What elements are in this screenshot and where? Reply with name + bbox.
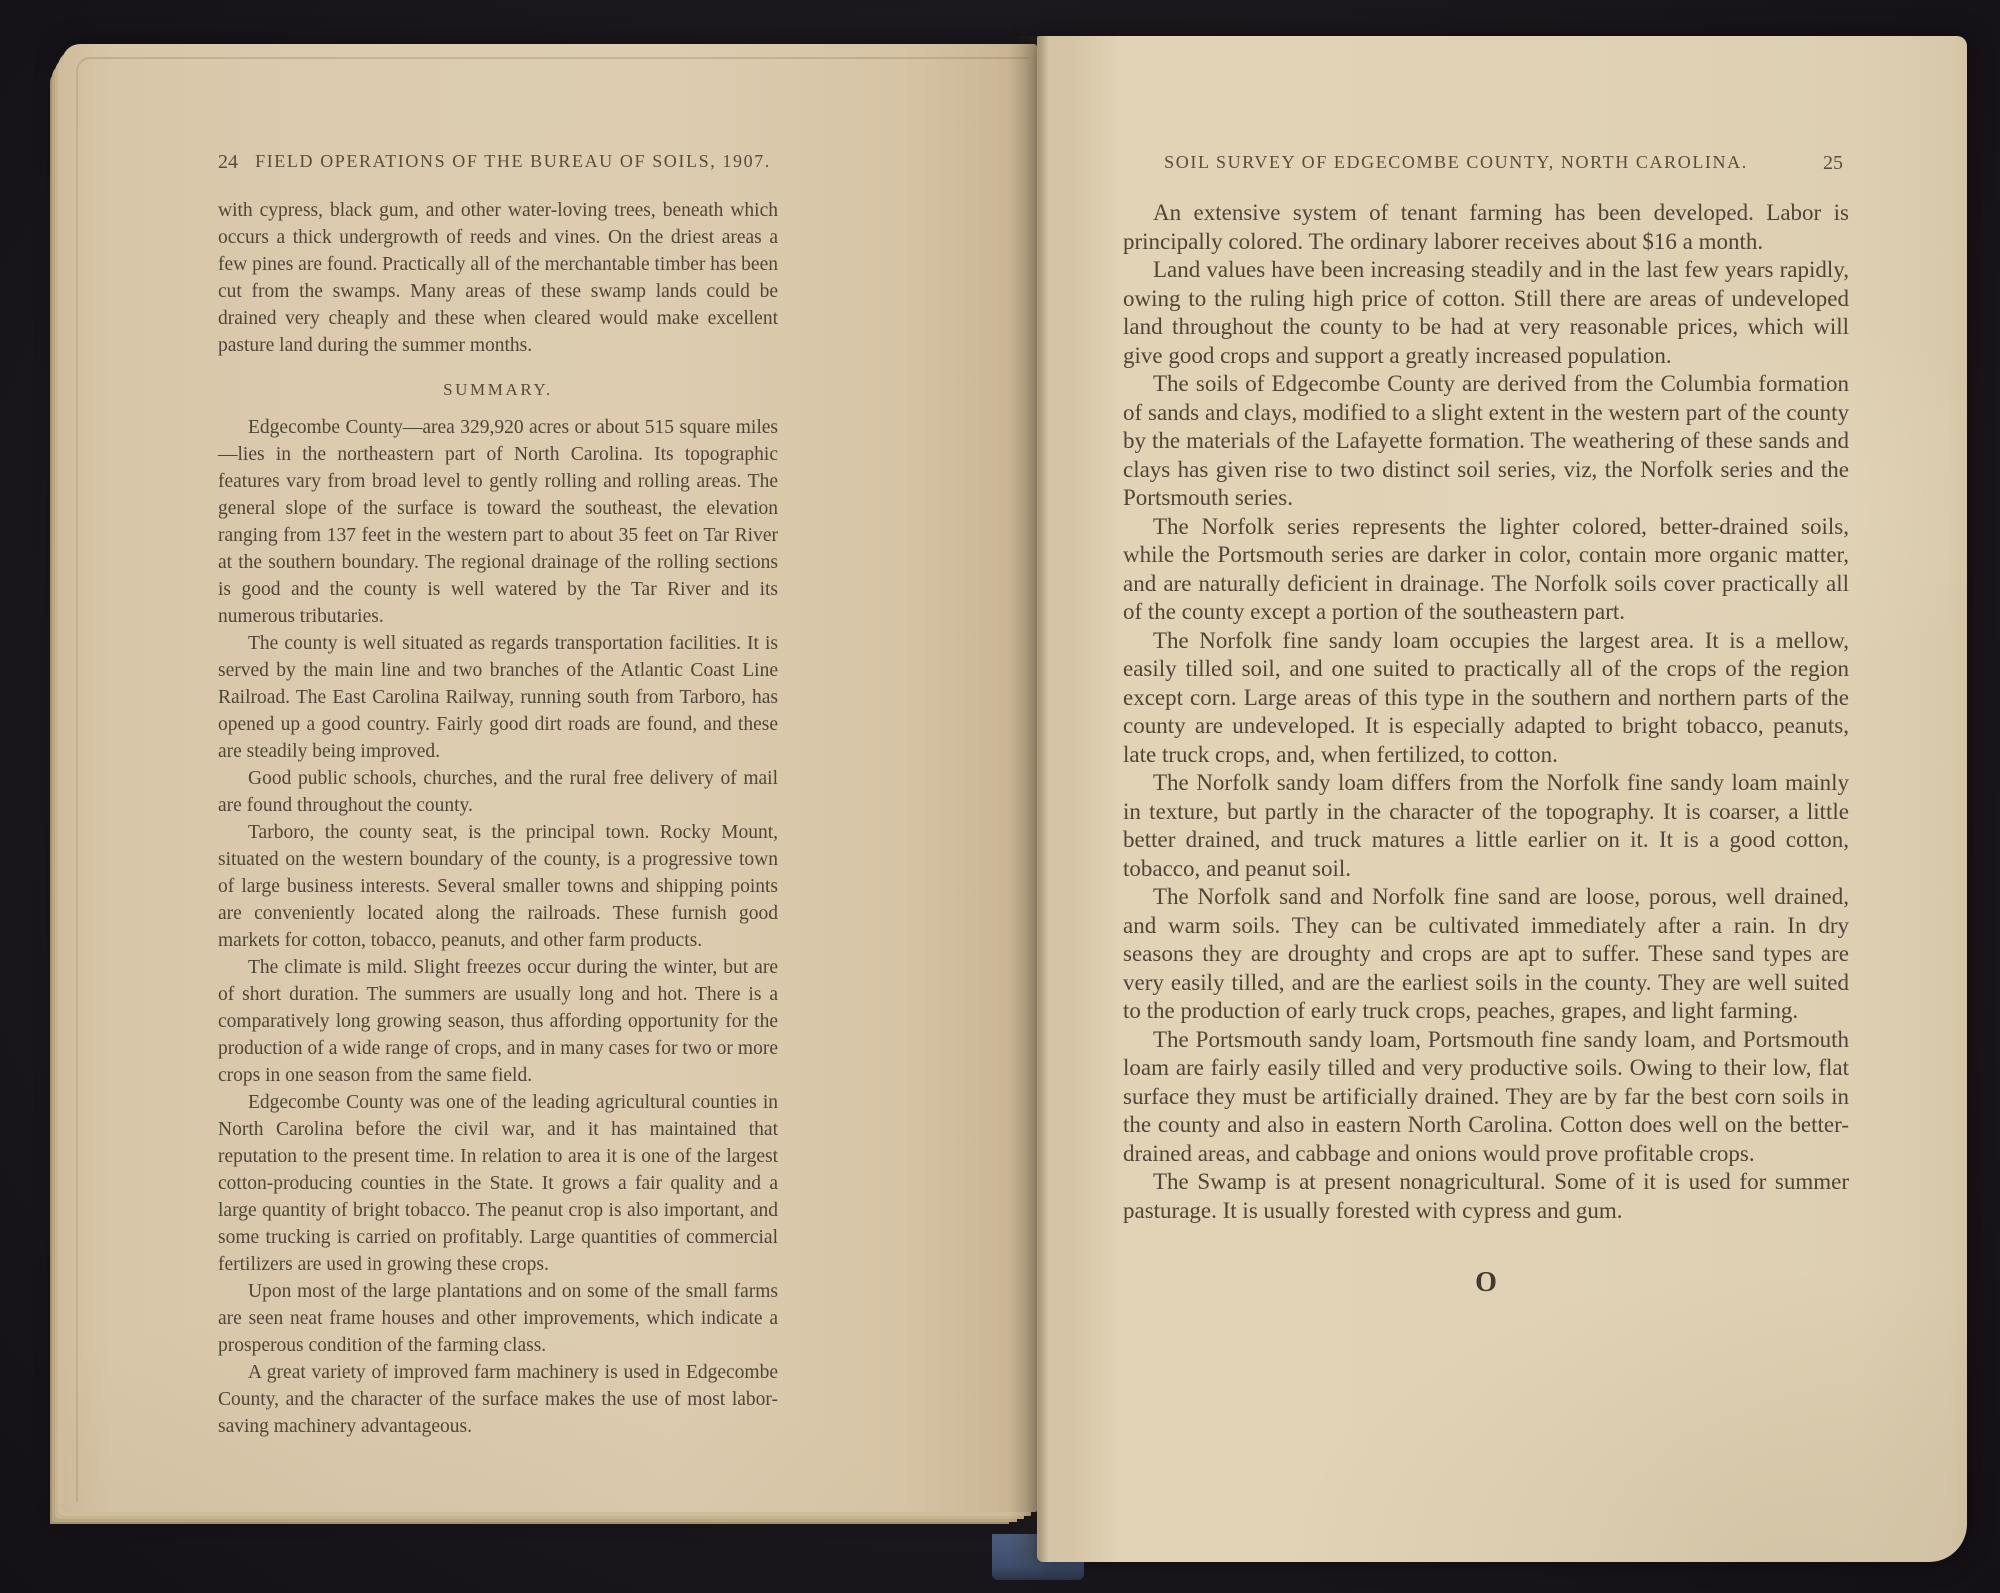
paragraph: Land values have been increasing steadil… — [1123, 256, 1849, 370]
section-heading-summary: SUMMARY. — [218, 376, 778, 403]
paragraph: The soils of Edgecombe County are derive… — [1123, 370, 1849, 513]
paragraph: The Swamp is at present nonagricultural.… — [1123, 1168, 1849, 1225]
left-page-body: with cypress, black gum, and other water… — [218, 197, 778, 1440]
continuation-paragraphs: with cypress, black gum, and other water… — [218, 197, 778, 359]
summary-paragraphs: Edgecombe County—area 329,920 acres or a… — [218, 414, 778, 1440]
end-ornament: O — [1123, 1269, 1849, 1298]
left-page-number: 24 — [218, 151, 238, 174]
right-page-paragraphs: An extensive system of tenant farming ha… — [1123, 199, 1849, 1225]
scanned-book-photo: 24 FIELD OPERATIONS OF THE BUREAU OF SOI… — [0, 0, 2000, 1593]
paragraph: The Norfolk sandy loam differs from the … — [1123, 769, 1849, 883]
paragraph: Upon most of the large plantations and o… — [218, 1278, 778, 1359]
paragraph: A great variety of improved farm machine… — [218, 1359, 778, 1440]
paragraph: The Norfolk series represents the lighte… — [1123, 513, 1849, 627]
paragraph: Tarboro, the county seat, is the princip… — [218, 819, 778, 954]
right-running-header: SOIL SURVEY OF EDGECOMBE COUNTY, NORTH C… — [1123, 152, 1849, 178]
left-running-header: 24 FIELD OPERATIONS OF THE BUREAU OF SOI… — [218, 151, 778, 177]
left-running-header-title: FIELD OPERATIONS OF THE BUREAU OF SOILS,… — [218, 151, 778, 172]
right-page-content: SOIL SURVEY OF EDGECOMBE COUNTY, NORTH C… — [1123, 152, 1849, 1298]
right-page-body: An extensive system of tenant farming ha… — [1123, 199, 1849, 1298]
paragraph: Good public schools, churches, and the r… — [218, 765, 778, 819]
paragraph: Edgecombe County was one of the leading … — [218, 1089, 778, 1278]
paragraph: The climate is mild. Slight freezes occu… — [218, 954, 778, 1089]
right-page: SOIL SURVEY OF EDGECOMBE COUNTY, NORTH C… — [1037, 36, 1967, 1562]
paragraph: The Norfolk fine sandy loam occupies the… — [1123, 627, 1849, 770]
paragraph: The county is well situated as regards t… — [218, 630, 778, 765]
paragraph: The Norfolk sand and Norfolk fine sand a… — [1123, 883, 1849, 1026]
left-page: 24 FIELD OPERATIONS OF THE BUREAU OF SOI… — [62, 44, 1037, 1512]
right-page-number: 25 — [1823, 152, 1843, 175]
paragraph: An extensive system of tenant farming ha… — [1123, 199, 1849, 256]
paragraph: with cypress, black gum, and other water… — [218, 197, 778, 359]
left-page-content: 24 FIELD OPERATIONS OF THE BUREAU OF SOI… — [218, 151, 778, 1440]
paragraph: Edgecombe County—area 329,920 acres or a… — [218, 414, 778, 630]
right-running-header-title: SOIL SURVEY OF EDGECOMBE COUNTY, NORTH C… — [1123, 152, 1849, 173]
paragraph: The Portsmouth sandy loam, Portsmouth fi… — [1123, 1026, 1849, 1169]
